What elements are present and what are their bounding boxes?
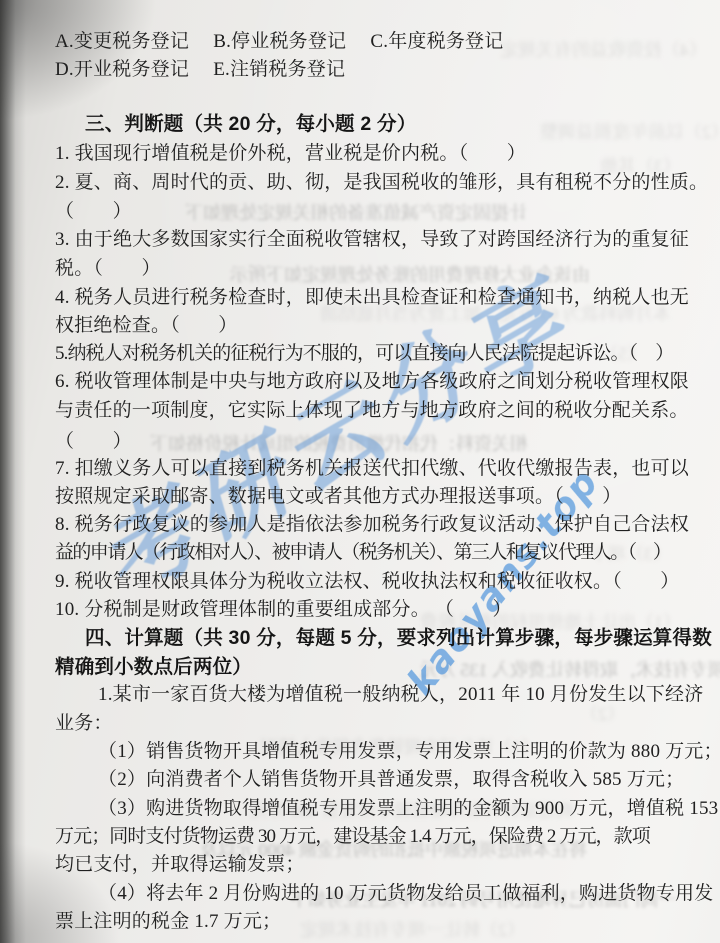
document-line: A.变更税务登记 B.停业税务登记 C.年度税务登记 bbox=[55, 30, 503, 54]
document-line: 均已支付，并取得运输发票； bbox=[55, 853, 305, 877]
document-line: 8. 税务行政复议的参加人是指依法参加税务行政复议活动、保护自己合法权 bbox=[55, 513, 689, 537]
document-line: D.开业税务登记 E.注销税务登记 bbox=[55, 58, 345, 82]
document-line: 业务： bbox=[55, 712, 113, 736]
document-line: （4）将去年 2 月份购进的 10 万元货物发给员工做福利，购进货物专用发 bbox=[98, 882, 713, 906]
document-line: 税。（ ） bbox=[55, 257, 161, 281]
document-line: 5.纳税人对税务机关的征税行为不服的，可以直接向人民法院提起诉讼。（ ） bbox=[55, 342, 673, 366]
document-line: 1. 我国现行增值税是价外税，营业税是价内税。（ ） bbox=[55, 142, 526, 166]
document-line: 9. 税收管理权限具体分为税收立法权、税收执法权和税收征收权。（ ） bbox=[55, 570, 680, 594]
scanned-exam-page: { "page": { "kind": "scanned Chinese tax… bbox=[0, 0, 720, 943]
document-line: （ ） bbox=[55, 430, 132, 454]
document-line: 1.某市一家百货大楼为增值税一般纳税人，2011 年 10 月份发生以下经济 bbox=[98, 683, 703, 707]
document-line: 四、计算题（共 30 分，每题 5 分，要求列出计算步骤，每步骤运算得数 bbox=[85, 626, 712, 650]
document-line: 与责任的一项制度，它实际上体现了地方与地方政府之间的税收分配关系。 bbox=[55, 399, 689, 423]
document-line: 益的申请人（行政相对人）、被申请人（税务机关）、第三人和复议代理人。（ ） bbox=[55, 541, 670, 565]
document-line: 7. 扣缴义务人可以直接到税务机关报送代扣代缴、代收代缴报告表，也可以 bbox=[55, 457, 689, 481]
document-line: 精确到小数点后两位） bbox=[55, 655, 252, 679]
document-line: 4. 税务人员进行税务检查时，即使未出具检查证和检查通知书，纳税人也无 bbox=[55, 286, 689, 310]
document-line: 权拒绝检查。（ ） bbox=[55, 314, 238, 338]
document-line: 按照规定采取邮寄、数据电文或者其他方式办理报送事项。（ ） bbox=[55, 485, 622, 509]
document-line: 6. 税收管理体制是中央与地方政府以及地方各级政府之间划分税收管理权限 bbox=[55, 370, 689, 394]
document-line: 万元；同时支付货物运费 30 万元，建设基金 1.4 万元，保险费 2 万元，款… bbox=[55, 825, 650, 849]
document-line: 3. 由于绝大多数国家实行全面税收管辖权，导致了对跨国经济行为的重复征 bbox=[55, 228, 689, 252]
document-line: （2）向消费者个人销售货物开具普通发票，取得含税收入 585 万元； bbox=[98, 768, 684, 792]
document-text-layer: A.变更税务登记 B.停业税务登记 C.年度税务登记D.开业税务登记 E.注销税… bbox=[0, 0, 720, 943]
document-line: 10. 分税制是财政管理体制的重要组成部分。 （ ） bbox=[55, 598, 512, 622]
document-line: （3）购进货物取得增值税专用发票上注明的金额为 900 万元，增值税 153 bbox=[98, 797, 718, 821]
document-line: 三、判断题（共 20 分，每小题 2 分） bbox=[85, 112, 416, 136]
document-line: 票上注明的税金 1.7 万元； bbox=[55, 910, 281, 934]
document-line: （ ） bbox=[55, 200, 132, 224]
document-line: 2. 夏、商、周时代的贡、助、彻，是我国税收的雏形，具有租税不分的性质。 bbox=[55, 171, 708, 195]
document-line: （1）销售货物开具增值税专用发票，专用发票上注明的价款为 880 万元； bbox=[98, 740, 720, 764]
